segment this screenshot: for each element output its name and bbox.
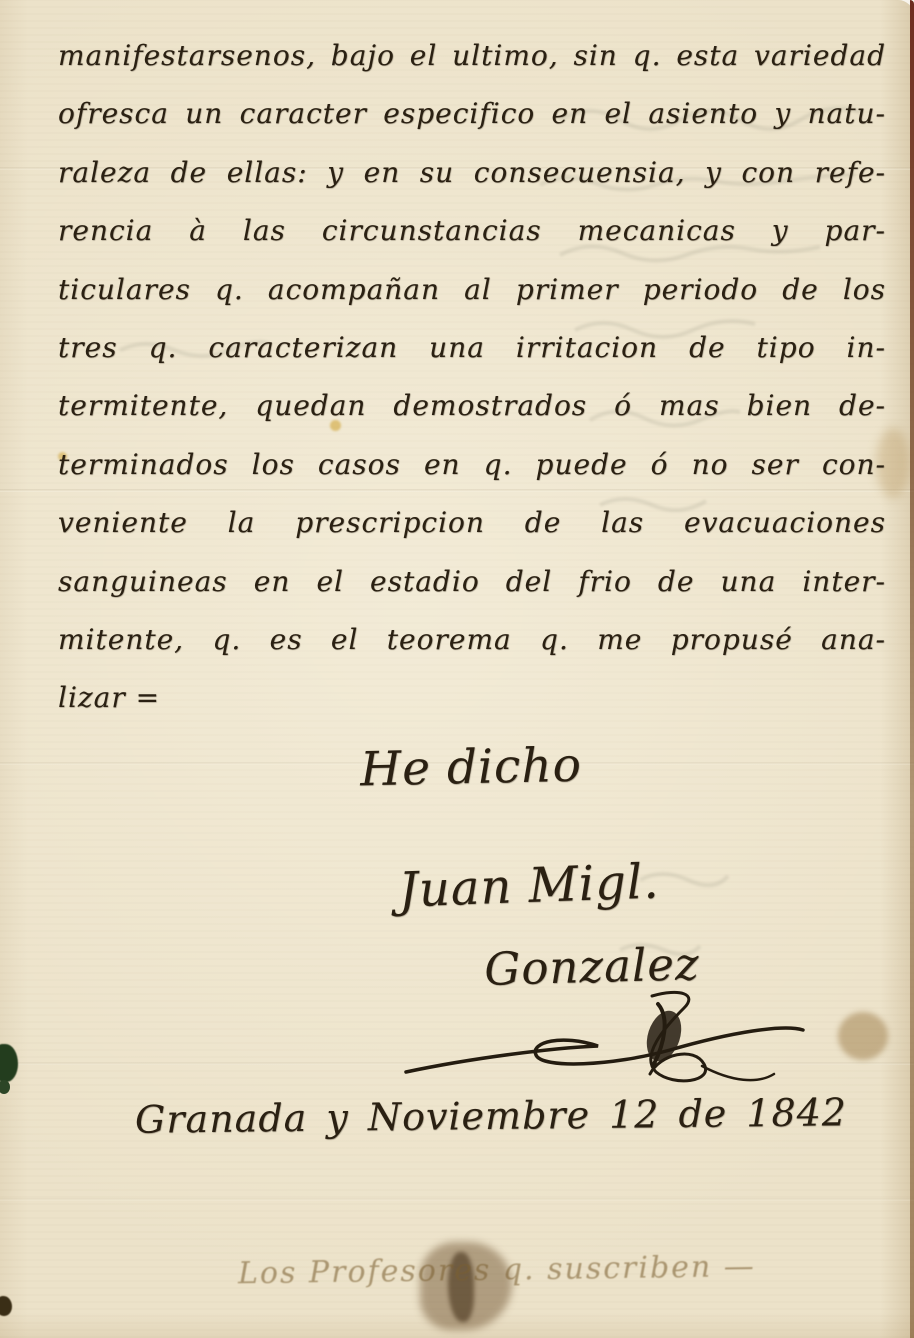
manuscript-line: sanguineas en el estadio del frio de una… [58,553,886,611]
manuscript-line: manifestarsenos, bajo el ultimo, sin q. … [58,27,886,85]
manuscript-line: raleza de ellas: y en su consecuensia, y… [58,144,886,202]
manuscript-line: ofresca un caracter especifico en el asi… [58,85,886,143]
scan-edge [910,0,914,1338]
manuscript-line: veniente la prescripcion de las evacuaci… [58,494,886,552]
manuscript-line: rencia à las circunstancias mecanicas y … [58,202,886,260]
dateline: Granada y Noviembre 12 de 1842 [135,1090,847,1141]
manuscript-line: tres q. caracterizan una irritacion de t… [58,319,886,377]
manuscript-line: termitente, quedan demostrados ó mas bie… [58,377,886,435]
manuscript-line: lizar = [58,669,886,727]
signature-flourish [402,986,807,1098]
manuscript-line: terminados los casos en q. puede ó no se… [58,436,886,494]
manuscript-line: ticulares q. acompañan al primer periodo… [58,261,886,319]
manuscript-line: mitente, q. es el teorema q. me propusé … [58,611,886,669]
manuscript-body: manifestarsenos, bajo el ultimo, sin q. … [58,27,886,728]
manuscript-page: manifestarsenos, bajo el ultimo, sin q. … [0,0,914,1338]
